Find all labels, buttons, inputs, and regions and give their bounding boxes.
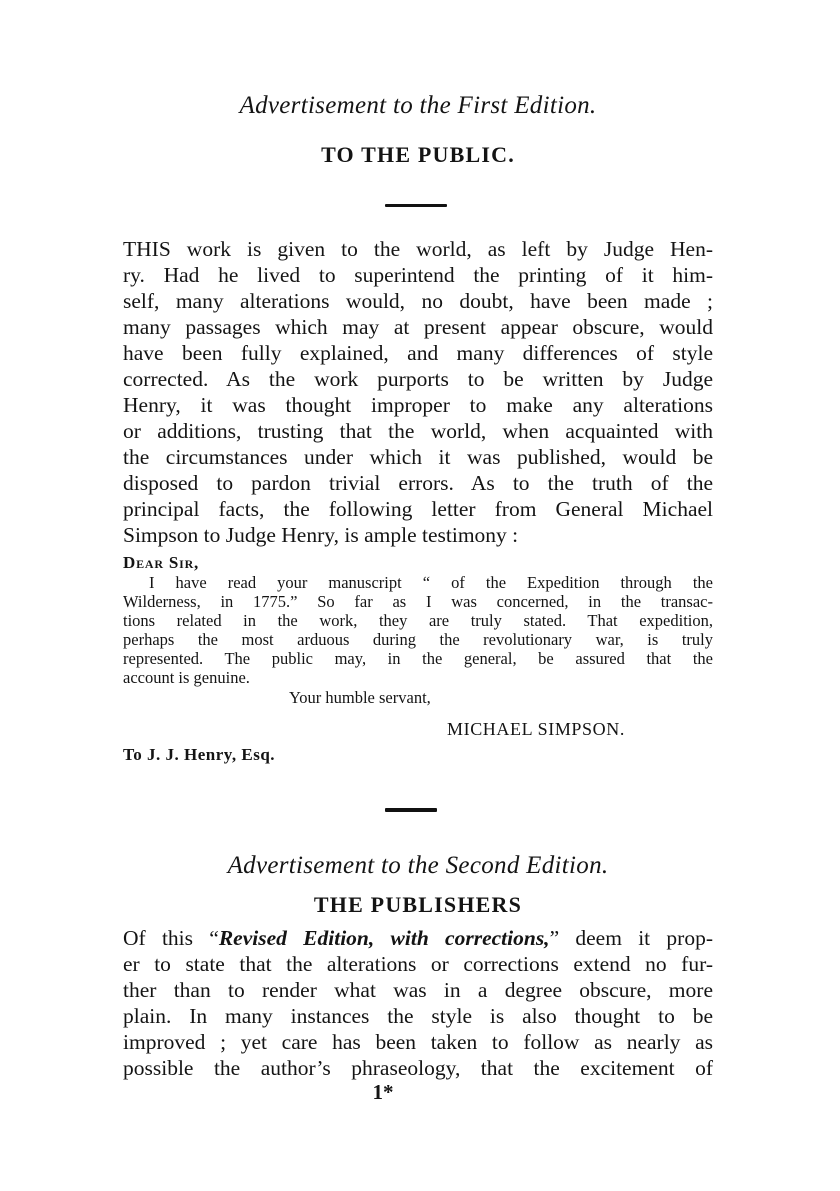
paragraph-line: ther than to render what was in a degree… — [123, 977, 713, 1003]
paragraph-line: have been fully explained, and many diff… — [123, 340, 713, 366]
paragraph-line: improved ; yet care has been taken to fo… — [123, 1029, 713, 1055]
letter-line: I have read your manuscript “ of the Exp… — [149, 573, 713, 592]
paragraph-line: Henry, it was thought improper to make a… — [123, 392, 713, 418]
letter-signature: MICHAEL SIMPSON. — [447, 720, 625, 739]
section-divider — [385, 808, 437, 812]
letter-line: represented. The public may, in the gene… — [123, 649, 713, 668]
section-divider — [385, 204, 447, 207]
letter-line: Wilderness, in 1775.” So far as I was co… — [123, 592, 713, 611]
letter-addressee: To J. J. Henry, Esq. — [123, 745, 275, 764]
paragraph-line: disposed to pardon trivial errors. As to… — [123, 470, 713, 496]
paragraph-line: Of this “Revised Edition, with correctio… — [123, 925, 713, 951]
letter-line: tions related in the work, they are trul… — [123, 611, 713, 630]
letter-closing: Your humble servant, — [289, 688, 431, 707]
revised-edition-title: Revised Edition, with corrections, — [219, 926, 550, 950]
letter-salutation: Dear Sir, — [123, 553, 713, 572]
paragraph-line: many passages which may at present appea… — [123, 314, 713, 340]
publishers-heading: THE PUBLISHERS — [123, 892, 713, 918]
paragraph-line: er to state that the alterations or corr… — [123, 951, 713, 977]
page-number: 1* — [363, 1080, 403, 1105]
paragraph-line: Simpson to Judge Henry, is ample testimo… — [123, 522, 713, 548]
letter-line: account is genuine. — [123, 668, 713, 687]
paragraph-line: corrected. As the work purports to be wr… — [123, 366, 713, 392]
paragraph-line: THIS work is given to the world, as left… — [123, 236, 713, 262]
paragraph-line: the circumstances under which it was pub… — [123, 444, 713, 470]
paragraph-line: ry. Had he lived to superintend the prin… — [123, 262, 713, 288]
paragraph-line: principal facts, the following letter fr… — [123, 496, 713, 522]
paragraph-line: possible the author’s phraseology, that … — [123, 1055, 713, 1081]
paragraph-line: plain. In many instances the style is al… — [123, 1003, 713, 1029]
first-edition-heading: Advertisement to the First Edition. — [123, 92, 713, 120]
paragraph-line: self, many alterations would, no doubt, … — [123, 288, 713, 314]
paragraph-line: or additions, trusting that the world, w… — [123, 418, 713, 444]
to-the-public-heading: TO THE PUBLIC. — [123, 142, 713, 168]
letter-line: perhaps the most arduous during the revo… — [123, 630, 713, 649]
second-edition-heading: Advertisement to the Second Edition. — [123, 852, 713, 880]
